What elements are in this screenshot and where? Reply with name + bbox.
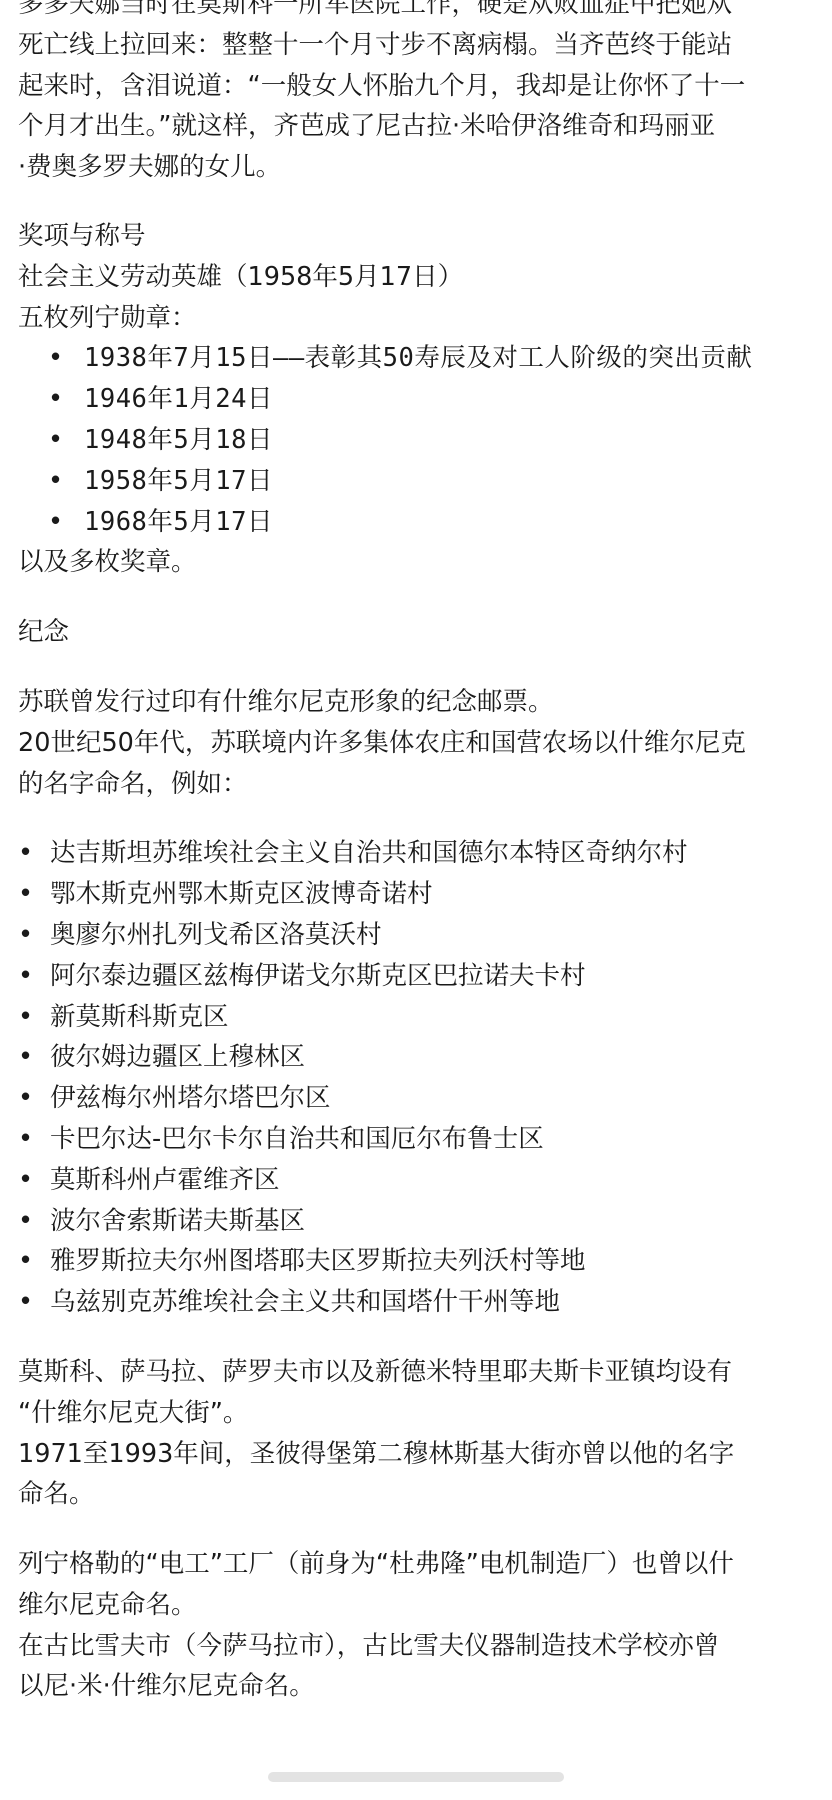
text-line: “什维尔尼克大街”。 [18, 1393, 818, 1434]
list-item: •卡巴尔达-巴尔卡尔自治共和国厄尔布鲁士区 [18, 1119, 818, 1160]
bullet-icon: • [48, 461, 64, 502]
streets-paragraph: 莫斯科、萨马拉、萨罗夫市以及新德米特里耶夫斯卡亚镇均设有 “什维尔尼克大街”。 … [18, 1352, 818, 1515]
text-line: ·费奥多罗夫娜的女儿。 [18, 147, 818, 188]
text-line: 维尔尼克命名。 [18, 1585, 818, 1626]
text-line: 列宁格勒的“电工”工厂（前身为“杜弗隆”电机制造厂）也曾以什 [18, 1544, 818, 1585]
list-item: •雅罗斯拉夫尔州图塔耶夫区罗斯拉夫列沃村等地 [18, 1241, 818, 1282]
bullet-icon: • [18, 1201, 33, 1242]
bullet-icon: • [18, 1078, 33, 1119]
stamp-text: 苏联曾发行过印有什维尔尼克形象的纪念邮票。 [18, 682, 818, 723]
text-line: 多多夫娜当时在莫斯科一所军医院工作，硬是从败血症中把她从 [18, 0, 818, 25]
spacer [18, 653, 818, 682]
awards-closing: 以及多枚奖章。 [18, 542, 818, 583]
text-line: 个月才出生。”就这样，齐芭成了尼古拉·米哈伊洛维奇和玛丽亚 [18, 106, 818, 147]
list-item: •达吉斯坦苏维埃社会主义自治共和国德尔本特区奇纳尔村 [18, 833, 818, 874]
list-item: •1958年5月17日 [18, 461, 818, 502]
bullet-icon: • [18, 1160, 33, 1201]
bullet-icon: • [48, 338, 64, 379]
awards-section: 奖项与称号 社会主义劳动英雄（1958年5月17日） 五枚列宁勋章： •1938… [18, 216, 818, 583]
text-line: 起来时，含泪说道：“一般女人怀胎九个月，我却是让你怀了十一 [18, 66, 818, 107]
list-item: •乌兹别克苏维埃社会主义共和国塔什干州等地 [18, 1282, 818, 1323]
text-line: 以尼·米·什维尔尼克命名。 [18, 1666, 818, 1707]
text-line: 的名字命名，例如： [18, 764, 818, 805]
bullet-icon: • [18, 1282, 33, 1323]
bullet-icon: • [18, 874, 33, 915]
list-item: •1968年5月17日 [18, 502, 818, 543]
bullet-icon: • [18, 915, 33, 956]
bullet-icon: • [48, 420, 64, 461]
article-content: 多多夫娜当时在莫斯科一所军医院工作，硬是从败血症中把她从 死亡线上拉回来：整整十… [18, 0, 818, 1707]
bullet-icon: • [48, 379, 64, 420]
text-line: 命名。 [18, 1474, 818, 1515]
spacer [18, 583, 818, 612]
spacer [18, 1515, 818, 1544]
bullet-icon: • [18, 1241, 33, 1282]
spacer [18, 804, 818, 833]
text-line: 死亡线上拉回来：整整十一个月寸步不离病榻。当齐芭终于能站 [18, 25, 818, 66]
list-item: •鄂木斯克州鄂木斯克区波博奇诺村 [18, 874, 818, 915]
bullet-icon: • [48, 502, 64, 543]
bullet-icon: • [18, 1119, 33, 1160]
list-item: •阿尔泰边疆区兹梅伊诺戈尔斯克区巴拉诺夫卡村 [18, 956, 818, 997]
memorial-heading: 纪念 [18, 612, 818, 653]
text-line: 莫斯科、萨马拉、萨罗夫市以及新德米特里耶夫斯卡亚镇均设有 [18, 1352, 818, 1393]
list-item: •波尔舍索斯诺夫斯基区 [18, 1201, 818, 1242]
intro-paragraph: 多多夫娜当时在莫斯科一所军医院工作，硬是从败血症中把她从 死亡线上拉回来：整整十… [18, 0, 818, 188]
bullet-icon: • [18, 1037, 33, 1078]
list-item: •莫斯科州卢霍维齐区 [18, 1160, 818, 1201]
lenin-orders-intro: 五枚列宁勋章： [18, 298, 818, 339]
awards-heading: 奖项与称号 [18, 216, 818, 257]
home-indicator-bar[interactable] [268, 1772, 564, 1782]
list-item: •1946年1月24日 [18, 379, 818, 420]
list-item: •1948年5月18日 [18, 420, 818, 461]
bullet-icon: • [18, 833, 33, 874]
list-item: •新莫斯科斯克区 [18, 997, 818, 1038]
memorial-section: 纪念 苏联曾发行过印有什维尔尼克形象的纪念邮票。 20世纪50年代，苏联境内许多… [18, 612, 818, 1707]
hero-title: 社会主义劳动英雄（1958年5月17日） [18, 257, 818, 298]
list-item: •1938年7月15日——表彰其50寿辰及对工人阶级的突出贡献 [18, 338, 818, 379]
list-item: •伊兹梅尔州塔尔塔巴尔区 [18, 1078, 818, 1119]
list-item: •彼尔姆边疆区上穆林区 [18, 1037, 818, 1078]
text-line: 在古比雪夫市（今萨马拉市），古比雪夫仪器制造技术学校亦曾 [18, 1626, 818, 1667]
spacer [18, 1323, 818, 1352]
text-line: 1971至1993年间，圣彼得堡第二穆林斯基大街亦曾以他的名字 [18, 1434, 818, 1475]
text-line: 20世纪50年代，苏联境内许多集体农庄和国营农场以什维尔尼克 [18, 723, 818, 764]
list-item: •奥廖尔州扎列戈希区洛莫沃村 [18, 915, 818, 956]
bullet-icon: • [18, 956, 33, 997]
lenin-orders-list: •1938年7月15日——表彰其50寿辰及对工人阶级的突出贡献 •1946年1月… [18, 338, 818, 542]
places-list: •达吉斯坦苏维埃社会主义自治共和国德尔本特区奇纳尔村 •鄂木斯克州鄂木斯克区波博… [18, 833, 818, 1323]
bullet-icon: • [18, 997, 33, 1038]
factory-paragraph: 列宁格勒的“电工”工厂（前身为“杜弗隆”电机制造厂）也曾以什 维尔尼克命名。 在… [18, 1544, 818, 1707]
